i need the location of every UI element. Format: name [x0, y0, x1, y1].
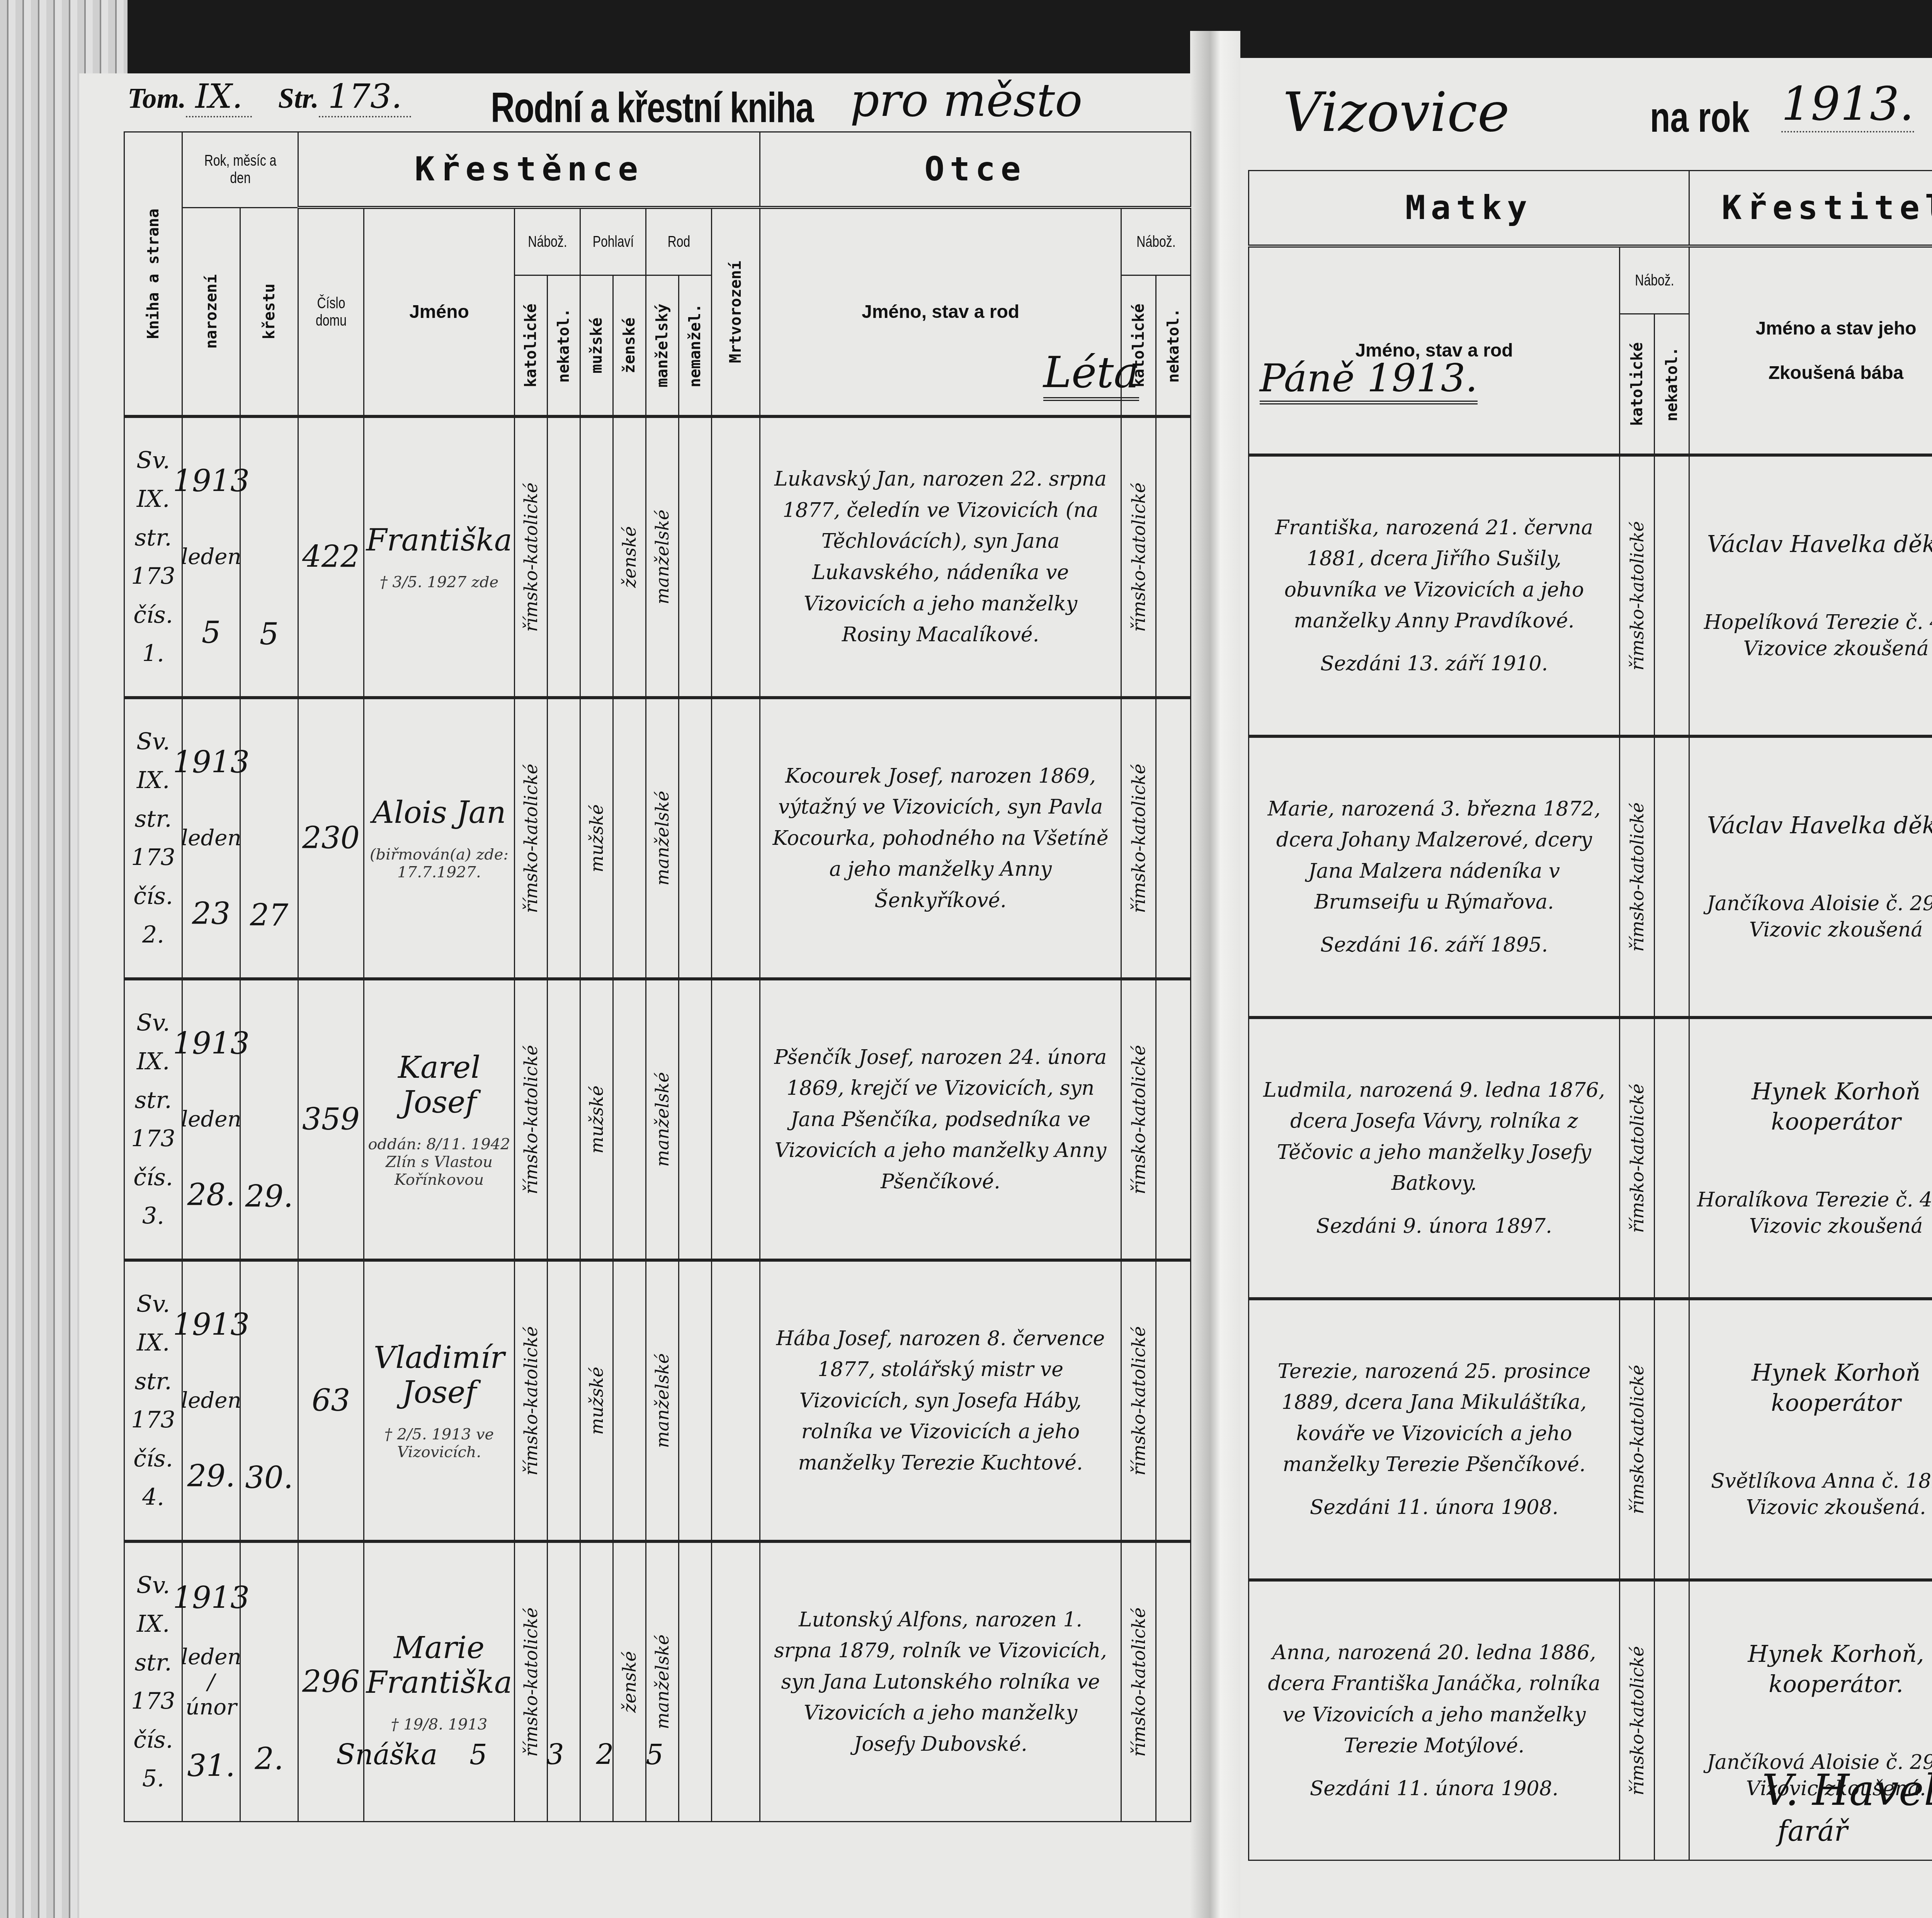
- entry-cislo-domu: 422: [298, 416, 364, 698]
- entry-otec: Hába Josef, narozen 8. července 1877, st…: [760, 1260, 1121, 1541]
- col-otec-naboz: Nábož.: [1128, 207, 1184, 275]
- year-value: 1913.: [1781, 77, 1914, 133]
- entry-kniha: Sv.IX.str.173čís.1.: [124, 416, 182, 698]
- entry-otec-nekatol: [1156, 1260, 1191, 1541]
- year-inscription-pane: Páně 1913.: [1260, 355, 1478, 404]
- entry-katolicke: římsko-katolické: [515, 979, 548, 1260]
- entry-narozeni: 1913leden29.: [182, 1260, 240, 1541]
- register-entry-row: Sv.IX.str.173čís.3.1913leden28. 29.359Ka…: [124, 979, 1191, 1260]
- entry-otec-katolicke: římsko-katolické: [1121, 698, 1156, 979]
- entry-cislo-domu: 63: [298, 1260, 364, 1541]
- entry-manzelsky: manželské: [646, 979, 679, 1260]
- entry-mrtvorozeni: [712, 416, 760, 698]
- entry-otec-katolicke: římsko-katolické: [1121, 979, 1156, 1260]
- entry-otec: Lukavský Jan, narozen 22. srpna 1877, če…: [760, 416, 1121, 698]
- register-entry-row: Sv.IX.str.173čís.4.1913leden29. 30.63Vla…: [124, 1260, 1191, 1541]
- col-zenske: ženské: [613, 275, 646, 417]
- entry-nemanzel: [679, 416, 712, 698]
- col-manzelsky: manželský: [646, 275, 679, 417]
- col-matka-nekatol: nekatol.: [1655, 314, 1689, 455]
- entry-matka-katolicke: římsko-katolické: [1620, 736, 1655, 1018]
- col-muzske: mužské: [580, 275, 613, 417]
- entry-zenske: ženské: [613, 1541, 646, 1822]
- entry-matka: Marie, narozená 3. března 1872, dcera Jo…: [1249, 736, 1620, 1018]
- entry-matka-nekatol: [1655, 1299, 1689, 1580]
- entry-muzske: mužské: [580, 1260, 613, 1541]
- entry-otec: Pšenčík Josef, narozen 24. února 1869, k…: [760, 979, 1121, 1260]
- col-jmeno: Jméno: [364, 207, 515, 416]
- entry-cislo-domu: 359: [298, 979, 364, 1260]
- col-krestu: křestu: [240, 207, 298, 416]
- entry-kniha: Sv.IX.str.173čís.4.: [124, 1260, 182, 1541]
- entry-otec-katolicke: římsko-katolické: [1121, 1541, 1156, 1822]
- entry-krestitel: Václav Havelka děkanHopelíková Terezie č…: [1689, 455, 1932, 736]
- entry-katolicke: římsko-katolické: [515, 416, 548, 698]
- year-inscription-leta: Léta: [1043, 348, 1139, 401]
- entry-matka-katolicke: římsko-katolické: [1620, 455, 1655, 736]
- entry-muzske: [580, 416, 613, 698]
- entry-mrtvorozeni: [712, 698, 760, 979]
- entry-otec-nekatol: [1156, 979, 1191, 1260]
- col-nekatol: nekatol.: [548, 275, 580, 417]
- entry-matka-katolicke: římsko-katolické: [1620, 1299, 1655, 1580]
- entry-jmeno: Marie Františka† 19/8. 1913: [364, 1541, 515, 1822]
- entry-nekatol: [548, 979, 580, 1260]
- entry-manzelsky: manželské: [646, 698, 679, 979]
- entry-zenske: [613, 979, 646, 1260]
- summary-label: Snáška: [336, 1738, 437, 1771]
- col-cislo-domu: Číslo domu: [305, 207, 357, 416]
- entry-mrtvorozeni: [712, 1260, 760, 1541]
- col-nemanzel: nemanžel.: [679, 275, 712, 417]
- register-title-pro: pro město: [850, 73, 1082, 127]
- entry-otec: Kocourek Josef, narozen 1869, výtažný ve…: [760, 698, 1121, 979]
- summary-row: Snáška 5 3 2 5: [336, 1738, 663, 1771]
- entry-matka-nekatol: [1655, 1580, 1689, 1860]
- register-title: Rodní a křestní kniha: [491, 83, 813, 132]
- entry-katolicke: římsko-katolické: [515, 1260, 548, 1541]
- col-rok: Rok, měsíc a den: [194, 132, 287, 208]
- page-value: 173.: [319, 77, 411, 117]
- register-entry-row: Františka, narozená 21. června 1881, dce…: [1249, 455, 1932, 736]
- entry-otec-nekatol: [1156, 416, 1191, 698]
- summary-katolicke: 5: [469, 1738, 487, 1771]
- entry-otec-katolicke: římsko-katolické: [1121, 1260, 1156, 1541]
- entry-krestitel: Hynek Korhoň kooperátorSvětlíkova Anna č…: [1689, 1299, 1932, 1580]
- entry-narozeni: 1913leden5: [182, 416, 240, 698]
- col-otec-nekatol: nekatol.: [1156, 275, 1191, 417]
- entry-jmeno: Karel Josefoddán: 8/11. 1942 Zlín s Vlas…: [364, 979, 515, 1260]
- entry-matka: Františka, narozená 21. června 1881, dce…: [1249, 455, 1620, 736]
- col-katolicke: katolické: [515, 275, 548, 417]
- entry-nemanzel: [679, 698, 712, 979]
- left-register-table: Kniha a strana Rok, měsíc a den Křestěnc…: [124, 131, 1191, 1822]
- volume-label: Tom.IX.: [128, 77, 252, 116]
- entry-zenske: [613, 1260, 646, 1541]
- col-matka-jmeno: Jméno, stav a rod: [1249, 246, 1620, 455]
- banner-otce: Otce: [760, 132, 1191, 208]
- signature-name: V. Havelka: [1762, 1765, 1932, 1815]
- register-entry-row: Ludmila, narozená 9. ledna 1876, dcera J…: [1249, 1018, 1932, 1299]
- entry-jmeno: Františka† 3/5. 1927 zde: [364, 416, 515, 698]
- entry-matka: Ludmila, narozená 9. ledna 1876, dcera J…: [1249, 1018, 1620, 1299]
- entry-jmeno: Alois Jan(biřmován(a) zde: 17.7.1927.: [364, 698, 515, 979]
- col-matka-naboz: Nábož.: [1627, 246, 1682, 314]
- entry-nemanzel: [679, 1541, 712, 1822]
- entry-jmeno: Vladimír Josef† 2/5. 1913 ve Vizovicích.: [364, 1260, 515, 1541]
- entry-nemanzel: [679, 1260, 712, 1541]
- col-kniha: Kniha a strana: [124, 132, 182, 417]
- entry-narozeni: 1913leden / únor31.: [182, 1541, 240, 1822]
- entry-matka: Anna, narozená 20. ledna 1886, dcera Fra…: [1249, 1580, 1620, 1860]
- entry-mrtvorozeni: [712, 979, 760, 1260]
- entry-nekatol: [548, 416, 580, 698]
- summary-muzske: 3: [546, 1738, 564, 1771]
- entry-matka-nekatol: [1655, 455, 1689, 736]
- col-mrtvorozeni: Mrtvorození: [712, 207, 760, 416]
- entry-muzske: [580, 1541, 613, 1822]
- entry-muzske: mužské: [580, 979, 613, 1260]
- entry-matka-nekatol: [1655, 736, 1689, 1018]
- entry-katolicke: římsko-katolické: [515, 1541, 548, 1822]
- book-gutter: [1190, 31, 1240, 1918]
- entry-cislo-domu: 230: [298, 698, 364, 979]
- entry-otec: Lutonský Alfons, narozen 1. srpna 1879, …: [760, 1541, 1121, 1822]
- entry-narozeni: 1913leden28.: [182, 979, 240, 1260]
- entry-nekatol: [548, 1260, 580, 1541]
- entry-nekatol: [548, 1541, 580, 1822]
- summary-zenske: 2: [596, 1738, 614, 1771]
- register-entry-row: Terezie, narozená 25. prosince 1889, dce…: [1249, 1299, 1932, 1580]
- col-krestitel: Jméno a stav jehoZkoušená bába: [1689, 246, 1932, 455]
- entry-katolicke: římsko-katolické: [515, 698, 548, 979]
- right-register-table: Matky Křestitel Kmotrův Jméno, stav a ro…: [1248, 170, 1932, 1861]
- signature-role: farář: [1777, 1815, 1932, 1847]
- entry-mrtvorozeni: [712, 1541, 760, 1822]
- banner-krestitel: Křestitel: [1689, 171, 1932, 246]
- entry-manzelsky: manželské: [646, 1260, 679, 1541]
- entry-nemanzel: [679, 979, 712, 1260]
- register-entry-row: Marie, narozená 3. března 1872, dcera Jo…: [1249, 736, 1932, 1018]
- entry-krestitel: Hynek Korhoň kooperátorHoralíkova Terezi…: [1689, 1018, 1932, 1299]
- entry-cislo-domu: 296: [298, 1541, 364, 1822]
- col-matka-katolicke: katolické: [1620, 314, 1655, 455]
- page-label: Str.173.: [278, 77, 411, 116]
- priest-signature: V. Havelka farář: [1762, 1765, 1932, 1847]
- entry-kniha: Sv.IX.str.173čís.3.: [124, 979, 182, 1260]
- banner-matky: Matky: [1249, 171, 1689, 246]
- register-entry-row: Sv.IX.str.173čís.1.1913leden5 5422Franti…: [124, 416, 1191, 698]
- banner-krestence: Křestěnce: [298, 132, 760, 208]
- entry-krestu: 30.: [240, 1260, 298, 1541]
- entry-krestu: 5: [240, 416, 298, 698]
- entry-matka-katolicke: římsko-katolické: [1620, 1580, 1655, 1860]
- register-entry-row: Sv.IX.str.173čís.5.1913leden / únor31. 2…: [124, 1541, 1191, 1822]
- summary-manzelsky: 5: [646, 1738, 663, 1771]
- entry-muzske: mužské: [580, 698, 613, 979]
- register-entry-row: Sv.IX.str.173čís.2.1913leden23 27230Aloi…: [124, 698, 1191, 979]
- col-rod: Rod: [653, 207, 705, 275]
- year-label: na rok: [1650, 93, 1749, 142]
- col-narozeni: narození: [182, 207, 240, 416]
- entry-matka-nekatol: [1655, 1018, 1689, 1299]
- entry-kniha: Sv.IX.str.173čís.2.: [124, 698, 182, 979]
- entry-matka-katolicke: římsko-katolické: [1620, 1018, 1655, 1299]
- entry-otec-katolicke: římsko-katolické: [1121, 416, 1156, 698]
- entry-nekatol: [548, 698, 580, 979]
- entry-krestitel: Václav Havelka děkanJančíkova Aloisie č.…: [1689, 736, 1932, 1018]
- entry-krestu: 29.: [240, 979, 298, 1260]
- entry-matka: Terezie, narozená 25. prosince 1889, dce…: [1249, 1299, 1620, 1580]
- entry-narozeni: 1913leden23: [182, 698, 240, 979]
- entry-krestu: 27: [240, 698, 298, 979]
- entry-zenske: ženské: [613, 416, 646, 698]
- entry-manzelsky: manželské: [646, 1541, 679, 1822]
- volume-value: IX.: [186, 77, 252, 117]
- entry-zenske: [613, 698, 646, 979]
- entry-manzelsky: manželské: [646, 416, 679, 698]
- entry-otec-nekatol: [1156, 1541, 1191, 1822]
- col-naboz: Nábož.: [521, 207, 574, 275]
- entry-otec-nekatol: [1156, 698, 1191, 979]
- col-pohlavi: Pohlaví: [587, 207, 639, 275]
- town-name: Vizovice: [1283, 81, 1510, 144]
